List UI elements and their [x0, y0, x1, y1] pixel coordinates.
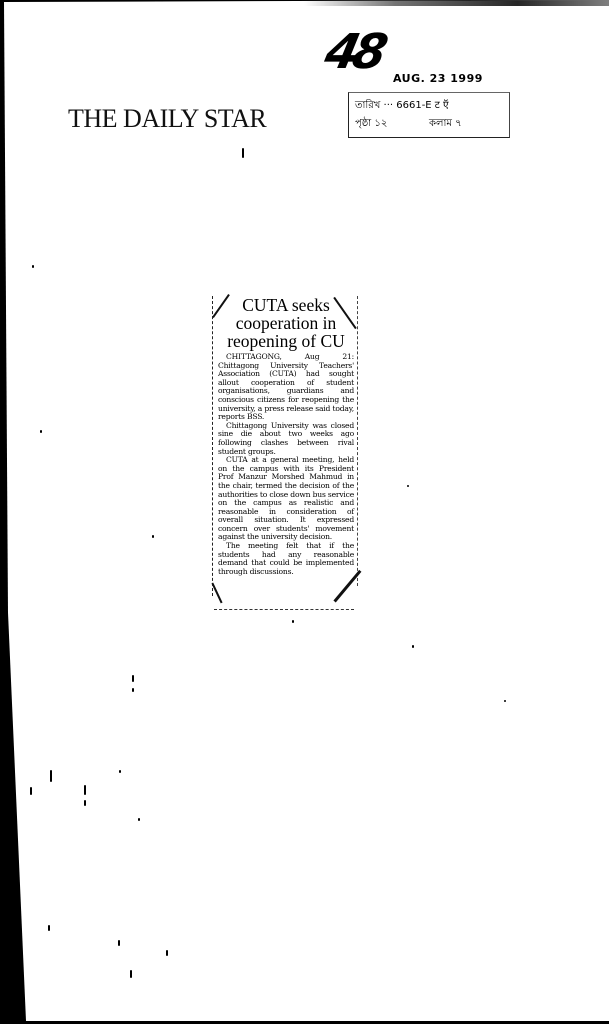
date-stamp: AUG. 23 1999: [393, 72, 483, 85]
scan-noise: [84, 785, 86, 795]
scan-noise: [119, 770, 121, 773]
scan-noise: [132, 688, 134, 692]
clip-border-right: [355, 296, 358, 586]
scan-noise: [132, 675, 134, 682]
scan-noise: [130, 970, 132, 978]
scan-noise: [152, 535, 154, 538]
scan-noise: [48, 925, 50, 931]
stamp-date-label: তারিখ: [355, 100, 380, 111]
scan-noise: [50, 770, 52, 782]
article-paragraph: CHITTAGONG, Aug 21: Chittagong Universit…: [218, 353, 354, 422]
article-headline: CUTA seeks cooperation in reopening of C…: [218, 296, 354, 350]
stamp-page-value: ১২: [374, 118, 387, 129]
scan-edge-shadow: [304, 0, 609, 6]
article-paragraph: Chittagong University was closed sine di…: [218, 422, 354, 456]
handwritten-folio-number: 48: [320, 24, 387, 80]
scan-noise: [292, 620, 294, 623]
article-clipping: CUTA seeks cooperation in reopening of C…: [208, 290, 358, 610]
scan-noise: [166, 950, 168, 956]
clip-border-bottom: [214, 609, 354, 610]
scan-noise: [412, 645, 414, 648]
article-body: CHITTAGONG, Aug 21: Chittagong Universit…: [218, 353, 354, 576]
newspaper-masthead: THE DAILY STAR: [68, 104, 266, 134]
stamp-date-value: ··· 6661-E ट ऍ: [384, 100, 449, 111]
stamp-column-value: ৭: [455, 118, 462, 129]
stamp-column-row: কলাম ৭: [429, 116, 462, 133]
scan-noise: [84, 800, 86, 806]
scan-noise: [118, 940, 120, 946]
scan-noise: [30, 787, 32, 795]
scan-noise: [504, 700, 506, 702]
stamp-column-label: কলাম: [429, 118, 452, 129]
scan-noise: [32, 265, 34, 268]
scan-noise: [407, 485, 409, 487]
stamp-date-row: তারিখ ··· 6661-E ट ऍ: [355, 97, 449, 115]
article-paragraph: CUTA at a general meeting, held on the c…: [218, 456, 354, 542]
stamp-page-label: পৃষ্ঠা: [355, 118, 371, 129]
scanned-page: 48 AUG. 23 1999 THE DAILY STAR তারিখ ···…: [4, 0, 609, 1021]
scan-noise: [40, 430, 42, 433]
archive-stamp: তারিখ ··· 6661-E ट ऍ পৃষ্ঠা ১২ কলাম ৭: [348, 92, 510, 138]
scan-noise: [242, 148, 244, 158]
scan-noise: [138, 818, 140, 821]
stamp-page-row: পৃষ্ঠা ১২: [355, 116, 387, 133]
article-paragraph: The meeting felt that if the students ha…: [218, 542, 354, 576]
clip-border-left: [212, 296, 215, 596]
